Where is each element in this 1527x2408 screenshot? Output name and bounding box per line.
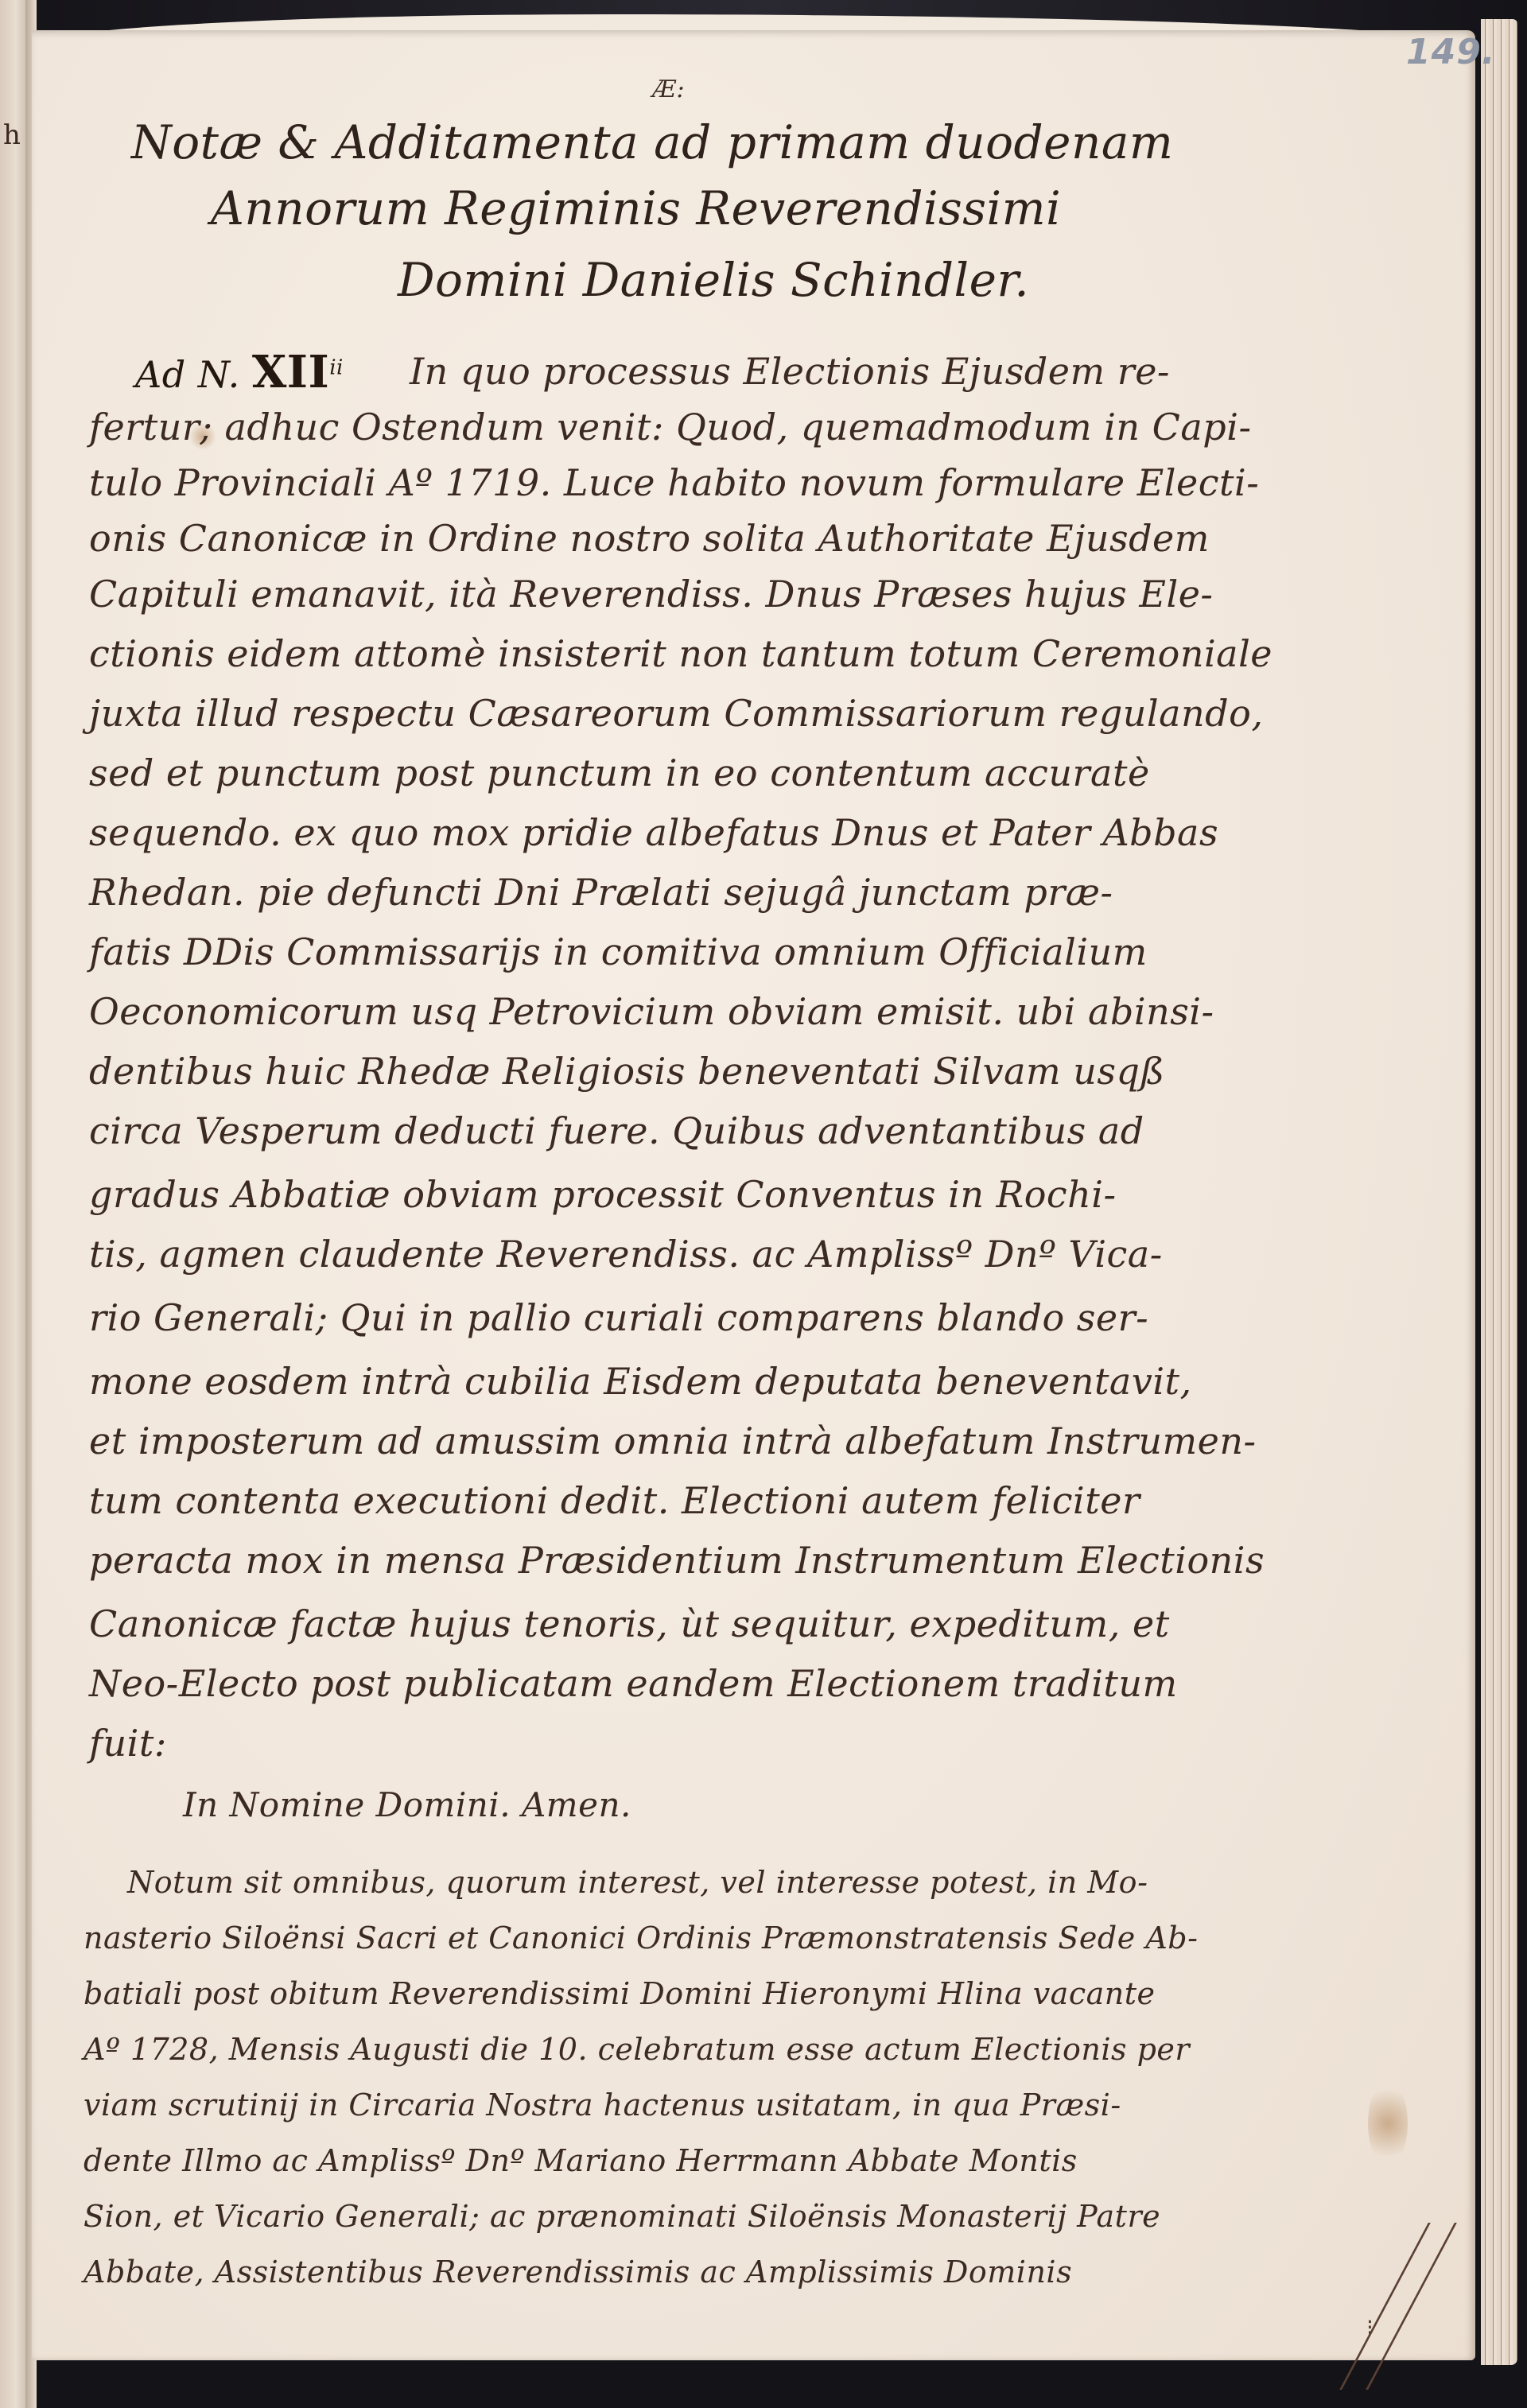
body-line-14: circa Vesperum deducti fuere. Quibus adv… bbox=[89, 1109, 1144, 1152]
section-prefix: Ad N. bbox=[135, 353, 240, 396]
body-line-24: fuit: bbox=[89, 1722, 167, 1765]
foxing-stain bbox=[1368, 2080, 1408, 2167]
body-line-13: dentibus huic Rhedæ Religiosis beneventa… bbox=[89, 1050, 1165, 1093]
instrument-line-5: viam scrutinij in Circaria Nostra hacten… bbox=[84, 2088, 1121, 2123]
body-line-12: Oeconomicorum usq Petrovicium obviam emi… bbox=[89, 990, 1214, 1033]
body-line-1: In quo processus Electionis Ejusdem re- bbox=[410, 350, 1170, 393]
body-line-5: Capituli emanavit, ità Reverendiss. Dnus… bbox=[89, 573, 1213, 616]
body-line-16: tis, agmen claudente Reverendiss. ac Amp… bbox=[89, 1233, 1163, 1276]
body-line-9: sequendo. ex quo mox pridie albefatus Dn… bbox=[89, 811, 1218, 854]
body-line-4: onis Canonicæ in Ordine nostro solita Au… bbox=[89, 517, 1210, 560]
instrument-line-2: nasterio Siloënsi Sacri et Canonici Ordi… bbox=[84, 1921, 1198, 1956]
body-line-17: rio Generali; Qui in pallio curiali comp… bbox=[89, 1296, 1148, 1339]
invocation-line: In Nomine Domini. Amen. bbox=[183, 1785, 631, 1824]
body-line-3: tulo Provinciali Aº 1719. Luce habito no… bbox=[89, 461, 1259, 504]
title-line-1: Notæ & Additamenta ad primam duodenam bbox=[131, 115, 1173, 169]
title-superscript: Æ: bbox=[652, 76, 685, 103]
body-line-22: Canonicæ factæ hujus tenoris, ùt sequitu… bbox=[89, 1602, 1170, 1645]
body-line-11: fatis DDis Commissarijs in comitiva omni… bbox=[89, 930, 1148, 973]
body-line-18: mone eosdem intrà cubilia Eisdem deputat… bbox=[89, 1360, 1192, 1403]
body-line-21: peracta mox in mensa Præsidentium Instru… bbox=[89, 1539, 1265, 1582]
facing-page-edge: h bbox=[0, 0, 29, 2408]
instrument-line-4: Aº 1728, Mensis Augusti die 10. celebrat… bbox=[84, 2032, 1190, 2067]
body-line-6: ctionis eidem attomè insisterit non tant… bbox=[89, 632, 1272, 675]
title-text: Notæ & Additamenta ad primam duodenam bbox=[131, 115, 1173, 169]
end-mark-dots: ⁝ bbox=[1366, 2314, 1374, 2340]
instrument-line-1: Notum sit omnibus, quorum interest, vel … bbox=[127, 1865, 1148, 1900]
body-line-15: gradus Abbatiæ obviam processit Conventu… bbox=[89, 1173, 1117, 1216]
instrument-line-7: Sion, et Vicario Generali; ac prænominat… bbox=[84, 2199, 1160, 2234]
instrument-line-8: Abbate, Assistentibus Reverendissimis ac… bbox=[84, 2255, 1072, 2290]
section-number-suffix: ii bbox=[329, 356, 344, 380]
section-number: XII bbox=[252, 346, 329, 398]
facing-page-ink-fragment: h bbox=[3, 119, 24, 167]
instrument-line-6: dente Illmo ac Amplissº Dnº Mariano Herr… bbox=[84, 2143, 1078, 2178]
body-line-20: tum contenta executioni dedit. Electioni… bbox=[89, 1479, 1140, 1522]
title-line-3: Domini Danielis Schindler. bbox=[398, 253, 1029, 307]
body-line-10: Rhedan. pie defuncti Dni Prælati sejugâ … bbox=[89, 871, 1113, 914]
folio-number: 149. bbox=[1406, 32, 1496, 72]
body-line-23: Neo-Electo post publicatam eandem Electi… bbox=[89, 1662, 1178, 1705]
section-heading: Ad N. XIIii bbox=[135, 346, 344, 398]
page-stack-edges bbox=[1481, 19, 1517, 2365]
body-line-7: juxta illud respectu Cæsareorum Commissa… bbox=[89, 692, 1263, 735]
body-line-19: et imposterum ad amussim omnia intrà alb… bbox=[89, 1420, 1256, 1462]
title-line-2: Annorum Regiminis Reverendissimi bbox=[211, 181, 1061, 235]
body-line-2: fertur; adhuc Ostendum venit: Quod, quem… bbox=[89, 406, 1252, 449]
body-line-8: sed et punctum post punctum in eo conten… bbox=[89, 752, 1150, 794]
instrument-line-3: batiali post obitum Reverendissimi Domin… bbox=[84, 1976, 1156, 2011]
